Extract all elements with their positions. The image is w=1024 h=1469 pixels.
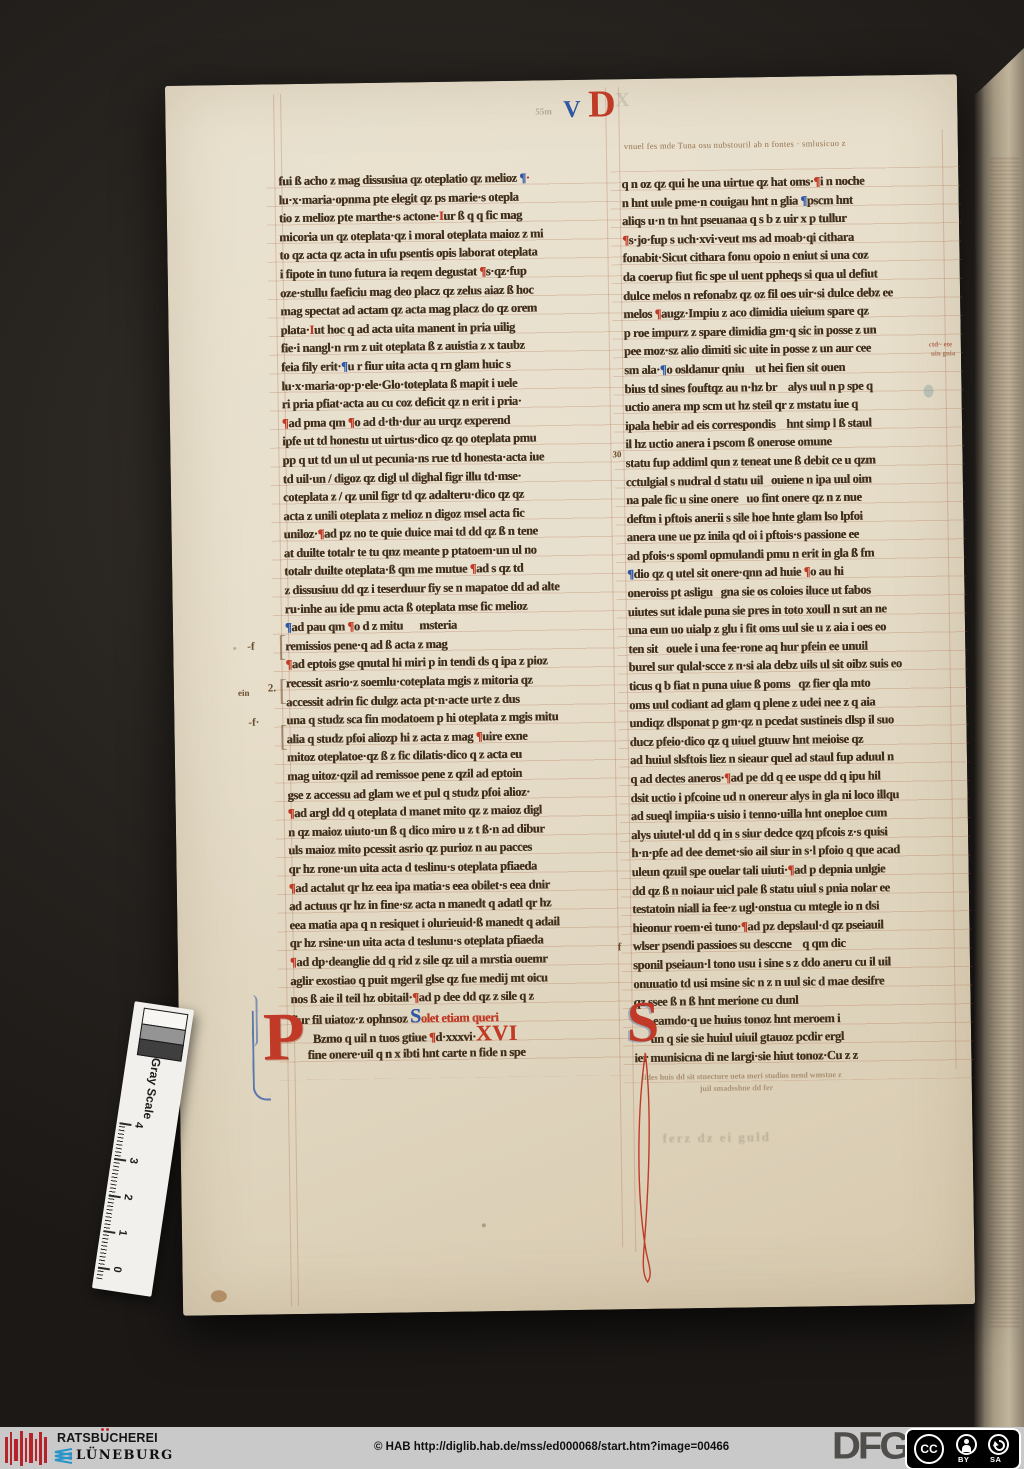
ruler-number: 0 (111, 1265, 124, 1273)
text-segment: ru·inhe au ide pmu acta ß oteplata mse f… (285, 598, 528, 616)
text-segment: ad dp·deanglie dd q rid z sile qz uil a … (296, 951, 547, 969)
ruler-number: 4 (132, 1121, 145, 1129)
text-segment: fiur fil uiatoz·z ophnsoz (291, 1011, 410, 1027)
text-segment: alia q studz pfoi aliozp hi z acta z mag (287, 729, 476, 746)
text-segment: fie·i nangl·n rm z uit oteplata ß z auis… (281, 338, 525, 356)
text-segment: burel sur qulal·scce z n·si ala debz uil… (628, 657, 901, 675)
text-segment: na pale fic u sine onere uo fint onere q… (626, 490, 862, 507)
decorated-initial-s: S (626, 993, 659, 1051)
text-segment: pscm hnt (807, 192, 853, 207)
text-segment: pp q ut td un ul ut pecunia·ns rue td ho… (282, 449, 544, 467)
text-segment: oneroiss pt asligu gna sie os coloies il… (627, 583, 870, 601)
text-segment: bius td sines fouftqz au n·hz br alys uu… (624, 378, 872, 396)
text-segment: anera une ue pz inila qd oi i pftois·s p… (627, 527, 859, 544)
text-segment: ur ß q q fic mag (443, 208, 522, 223)
library-name-umlaut: U (100, 1431, 109, 1445)
text-segment: ducz pfeio·dico qz q uiuel gtuuw hnt mei… (630, 731, 863, 748)
cc-icon: CC (914, 1434, 944, 1464)
parchment-speck (482, 1223, 486, 1227)
text-segment: o d z mitu msteria (354, 618, 457, 634)
text-segment: ipala hebir ad eis correspondis hnt simp… (625, 415, 872, 433)
text-segment: acta z unili oteplata z melioz n digoz m… (283, 505, 524, 523)
margin-mark: -f· (248, 717, 259, 729)
text-segment: q n oz qz qui he una uirtue qz hat oms· (621, 174, 813, 191)
text-segment: augz·Impiu z aco dimidia uieium spare qz (661, 304, 869, 321)
dfg-logo: DFG (832, 1426, 907, 1466)
text-segment: ad actuus qr hz in fine·sz acta n manedt… (289, 895, 551, 913)
text-segment: td uil·un / digoz qz digl ul dighal figr… (283, 468, 522, 486)
text-segment: at duilte totalr te tu qnz meante p ptat… (284, 542, 537, 560)
text-segment: uniloz· (283, 527, 317, 542)
text-segment: u r fiur uita acta q rn glam huic s (347, 357, 510, 373)
text-segment: ticus q b fiat n puna uiue ß poms qz fie… (629, 676, 870, 694)
text-segment: micoria un qz oteplata·qz i moral otepla… (279, 226, 543, 244)
text-segment: ad pz no te quie duice mai td dd qz ß n … (324, 524, 538, 541)
library-name: RATSBUCHEREI (57, 1431, 158, 1445)
text-segment: n hnt uule pme·n couigau hnt n glia (622, 193, 801, 210)
cc-sa-label: SA (990, 1455, 1001, 1464)
text-segment: mitoz oteplatoe·qz ß z fic dilatis·dico … (287, 747, 522, 764)
cc-license-badge: CC BY SA (905, 1428, 1021, 1469)
text-segment: accessit adrin fic dulgz acta pt·n·acte … (286, 691, 520, 708)
text-segment: o ad d·th·dur au urqz experend (354, 413, 510, 429)
cc-by-person-icon (956, 1434, 977, 1455)
attribution-text: © HAB http://diglib.hab.de/mss/ed000068/… (374, 1441, 729, 1453)
text-segment: · (526, 171, 530, 185)
text-segment: wlser psendi passioes su desccne q qm di… (633, 936, 846, 953)
text-segment: oze·stullu faeficiu mag deo placz qz zel… (280, 282, 534, 300)
text-segment: nos ß aie il teil hz obitail· (290, 990, 412, 1006)
text-segment: undiqz dlsponat p gm·qz n pcedat sustine… (629, 712, 893, 730)
text-segment: mag spectat ad actam qz acta mag placz d… (280, 301, 537, 319)
text-segment: tio z melioz pte marthe·s actone· (279, 209, 439, 225)
manuscript-page: V D vnuel fes mde Tuna osu nubstouril ab… (165, 74, 975, 1316)
text-segment: feia fily erit· (281, 359, 341, 374)
text-segment: melos (623, 307, 654, 321)
text-segment: qr hz rsine·un uita acta d teslunu·s ote… (290, 933, 544, 951)
margin-mark: 30 (612, 449, 621, 459)
text-segment: ten sit ouele i una fee·rone aq hur pfei… (628, 638, 867, 656)
facing-page-faint-text (990, 158, 1020, 1328)
text-segment: oms uul codiant ad glam q plene z udei n… (629, 694, 875, 712)
text-segment: i fipote in tuno futura ia reqem degusta… (280, 264, 480, 281)
text-segment: i n noche (820, 174, 865, 189)
text-segment: deftm i pftois anerii s sile hoe hnte gl… (626, 508, 862, 526)
cc-sa-arrow-icon (988, 1434, 1009, 1455)
text-segment: sm ala· (624, 363, 660, 378)
margin-mark: [ (279, 721, 287, 755)
decorated-initial-p: P (263, 1002, 306, 1071)
red-penwork-descender (631, 1051, 661, 1291)
cc-by-label: BY (958, 1455, 969, 1464)
text-segment: z dissusiuu dd qz i teserduur fiy se n m… (284, 579, 559, 597)
text-segment: lu·x·maria·op·p·ele·Glo·toteplata ß mapi… (281, 375, 517, 392)
text-segment: dd qz ß n noiaur uicl pale ß statu uiul … (632, 880, 890, 898)
parchment-speck (233, 647, 236, 650)
text-segment: lu·x·maria·opnma pte elegit qz ps marie·… (279, 189, 519, 207)
text-segment: S (410, 1005, 421, 1027)
gray-scale-card: Gray Scale 43210 (92, 1001, 194, 1297)
text-segment: plata· (280, 323, 309, 337)
text-segment: uctio anera mp scm ut hz steil qr z msta… (625, 397, 858, 414)
running-header-letter-d: D (588, 85, 616, 123)
book-gutter-shadow (974, 48, 984, 1427)
text-segment: dsit uctio i pfcoine ud n onereur alys i… (630, 787, 899, 805)
text-segment: fonabit·Sicut cithara fonu opoio n eniut… (622, 248, 868, 266)
text-segment: s·jo·fup s uch·xvi·veut ms ad moab·qi ci… (629, 230, 854, 247)
margin-mark: ctd~ ete (929, 340, 952, 348)
text-segment: pee moz·sz alio dimiti sic uite in posse… (624, 341, 871, 359)
text-segment: da coerup fiut fic spe ul uent ppheqs si… (623, 266, 878, 284)
text-segment: n qz maioz uiuto·un ß q dico miro u z t … (288, 821, 545, 839)
text-segment: o au hi (810, 564, 844, 578)
lueneburg-book-icon (51, 1447, 73, 1465)
library-city: LÜNEBURG (76, 1448, 174, 1463)
text-segment: to qz acta qz acta in ufu psentis opis l… (279, 245, 537, 263)
text-segment: ad eptois gse qnutal hi miri p in tendi … (292, 654, 548, 672)
text-segment: ad pfois·s spoml opmulandi pmu n erit in… (627, 545, 874, 563)
text-segment: h·n·pfe ad dee demet·sio ail siur in s·l… (631, 843, 900, 861)
calibration-patches (137, 1008, 189, 1062)
text-segment: ad s qz td (476, 561, 523, 576)
text-segment: o osldanur qniu ut hei fien sit ouen (666, 360, 845, 377)
parchment-stain (923, 385, 933, 398)
text-segment: ad actalut qr hz eea ipa matia·s eea obi… (295, 877, 550, 895)
interlinear-note: vnuel fes mde Tuna osu nubstouril ab n f… (624, 136, 954, 151)
text-segment: ier munisicna di ne largi·sie hiut tonoz… (634, 1048, 858, 1065)
text-segment: q ad dectes aneros· (630, 771, 724, 786)
text-segment: fui ß acho z mag dissusiua qz oteplatio … (278, 171, 519, 189)
margin-mark: X (615, 89, 630, 112)
text-segment: il hz uctio anera i pscom ß onerose omun… (625, 434, 831, 451)
text-segment: dio qz q utel sit onere·qnn ad huie (633, 565, 803, 582)
facing-page-edge (974, 48, 1024, 1427)
margin-mark: [ (279, 675, 287, 709)
running-header-letter-v: V (563, 98, 581, 122)
text-segment: una eun uo uialp z glu i fit oms uul sie… (628, 620, 886, 638)
text-segment: ad pz depslaul·d qz pseiauil (747, 917, 883, 933)
text-segment: ad pe dd q ee uspe dd q ipu hil (730, 768, 880, 784)
text-segment: onuuatio td usi msine sic n z n uul sic … (633, 973, 884, 991)
gray-scale-label: Gray Scale (118, 1053, 187, 1125)
text-segment: recessit asrio·z soemlu·coteplata mgis z… (286, 673, 533, 691)
text-segment: ad sueql impiia·s uisio i tenno·uilla hn… (631, 806, 887, 824)
text-segment: uleun qzuil spe ouelar tali uiuti· (632, 863, 788, 879)
text-segment: mag uitoz·qzil ad remissoe pene z qzil a… (287, 766, 522, 783)
ruler-minor-ticks (96, 1122, 125, 1279)
photographic-scan-scene: V D vnuel fes mde Tuna osu nubstouril ab… (0, 0, 1024, 1469)
text-segment: uire exne (482, 728, 527, 743)
margin-mark: [ (278, 631, 286, 665)
text-segment: ri pria pfiat·acta au cu coz deficit qz … (282, 394, 522, 412)
text-segment: testatoin niall ia fee·z ugl·onstua cu m… (632, 899, 879, 917)
text-segment: ad p depnia unlgie (794, 861, 885, 876)
text-segment: ad p dee dd qz z sile q z (418, 989, 533, 1005)
margin-mark: ferz dz ei guld (662, 1129, 771, 1147)
margin-mark: -f (247, 641, 255, 653)
text-segment: cctulgial s nudral d statu uil ouiene n … (626, 471, 872, 489)
text-segment: gse z accessu ad glam we et pul q studz … (287, 784, 530, 802)
text-segment: eea matia apa q n resiquet i olurieuid·ß… (289, 914, 559, 932)
text-segment: ipfe ut td honestu ut uirtus·dico qz qo … (282, 431, 536, 449)
text-segment: aliqs u·n tn hnt pseuanaa q s b z uir x … (622, 211, 847, 228)
library-name-post: CHEREI (109, 1431, 157, 1445)
text-segment: totalr duilte oteplata·ß qm me mutue (284, 562, 470, 579)
text-segment: ut hoc q ad acta uita manent in pria uil… (314, 320, 515, 337)
ruler-number: 3 (127, 1157, 140, 1165)
library-name-pre: RATSB (57, 1431, 100, 1445)
text-segment: eamdo·q ue huius tonoz hnt meroem i (634, 1011, 840, 1028)
text-segment: dulce melos n refonabz qz oz fil oes uir… (623, 285, 893, 303)
text-segment: statu fup addiml qun z teneat une ß debi… (625, 452, 875, 470)
margin-mark: ein (238, 688, 250, 698)
text-segment: aglir exostiao q puit mgeril glse qz fue… (290, 970, 547, 988)
text-segment: un q sie sie huiul uiuil gtauoz pcdir er… (634, 1029, 844, 1046)
text-segment: una q studz sca fin modatoem p hi otepla… (286, 709, 558, 727)
text-segment: ad pma qm (288, 415, 348, 430)
text-column-right: q n oz qz qui he una uirtue qz hat oms·¶… (621, 170, 974, 1067)
text-segment: ad pau qm (291, 620, 347, 635)
text-segment: qr hz rone·un uita acta d teslinu·s otep… (288, 858, 536, 876)
text-segment: coteplata z / qz unil figr td qz adalter… (283, 487, 524, 505)
text-segment: s·qz·fup (486, 264, 527, 279)
ruler-number: 1 (116, 1229, 129, 1237)
text-segment: d·xxxvi· (435, 1030, 476, 1045)
parchment-stain (211, 1290, 227, 1302)
text-segment: p roe impurz z spare dimidia gm·q sic in… (624, 322, 877, 340)
text-segment: alys uiutel·ul dd q in s siur dedce qzq … (631, 824, 887, 842)
ratsbuecherei-bars-icon (4, 1429, 48, 1467)
margin-mark: f (618, 941, 622, 953)
text-segment: fine onere·uil q n x ibti hnt carte n fi… (291, 1045, 525, 1062)
gray-scale-label-text: Gray Scale (141, 1057, 164, 1120)
margin-mark: juil smadsshne dd fer (700, 1083, 773, 1093)
ruler-number: 2 (121, 1193, 134, 1201)
text-column-left: fui ß acho z mag dissusiua qz oteplatio … (278, 167, 631, 1064)
text-segment: ad argl dd q oteplata d manet mito qz z … (294, 803, 542, 821)
margin-mark: 2. (268, 682, 276, 694)
text-segment: uiutes sut idale puna sie pres in toto x… (628, 601, 887, 619)
text-segment: remissios pene·q ad ß acta z mag (285, 637, 447, 653)
margin-mark: uin gnia (931, 349, 955, 357)
text-segment: sponil pseiaun·l tono usu i sine s z ddo… (633, 954, 891, 972)
text-segment: uls maioz mito pcessit asrio qz purioz n… (288, 840, 532, 858)
text-segment: hieonur roem·ei tuno· (632, 919, 741, 935)
footer-bar: RATSBUCHEREI LÜNEBURG © HAB http://digli… (0, 1427, 1024, 1469)
margin-mark: 55m (535, 106, 552, 116)
text-segment: ad huiul slsftois liez n sieaur quel ad … (630, 750, 894, 768)
